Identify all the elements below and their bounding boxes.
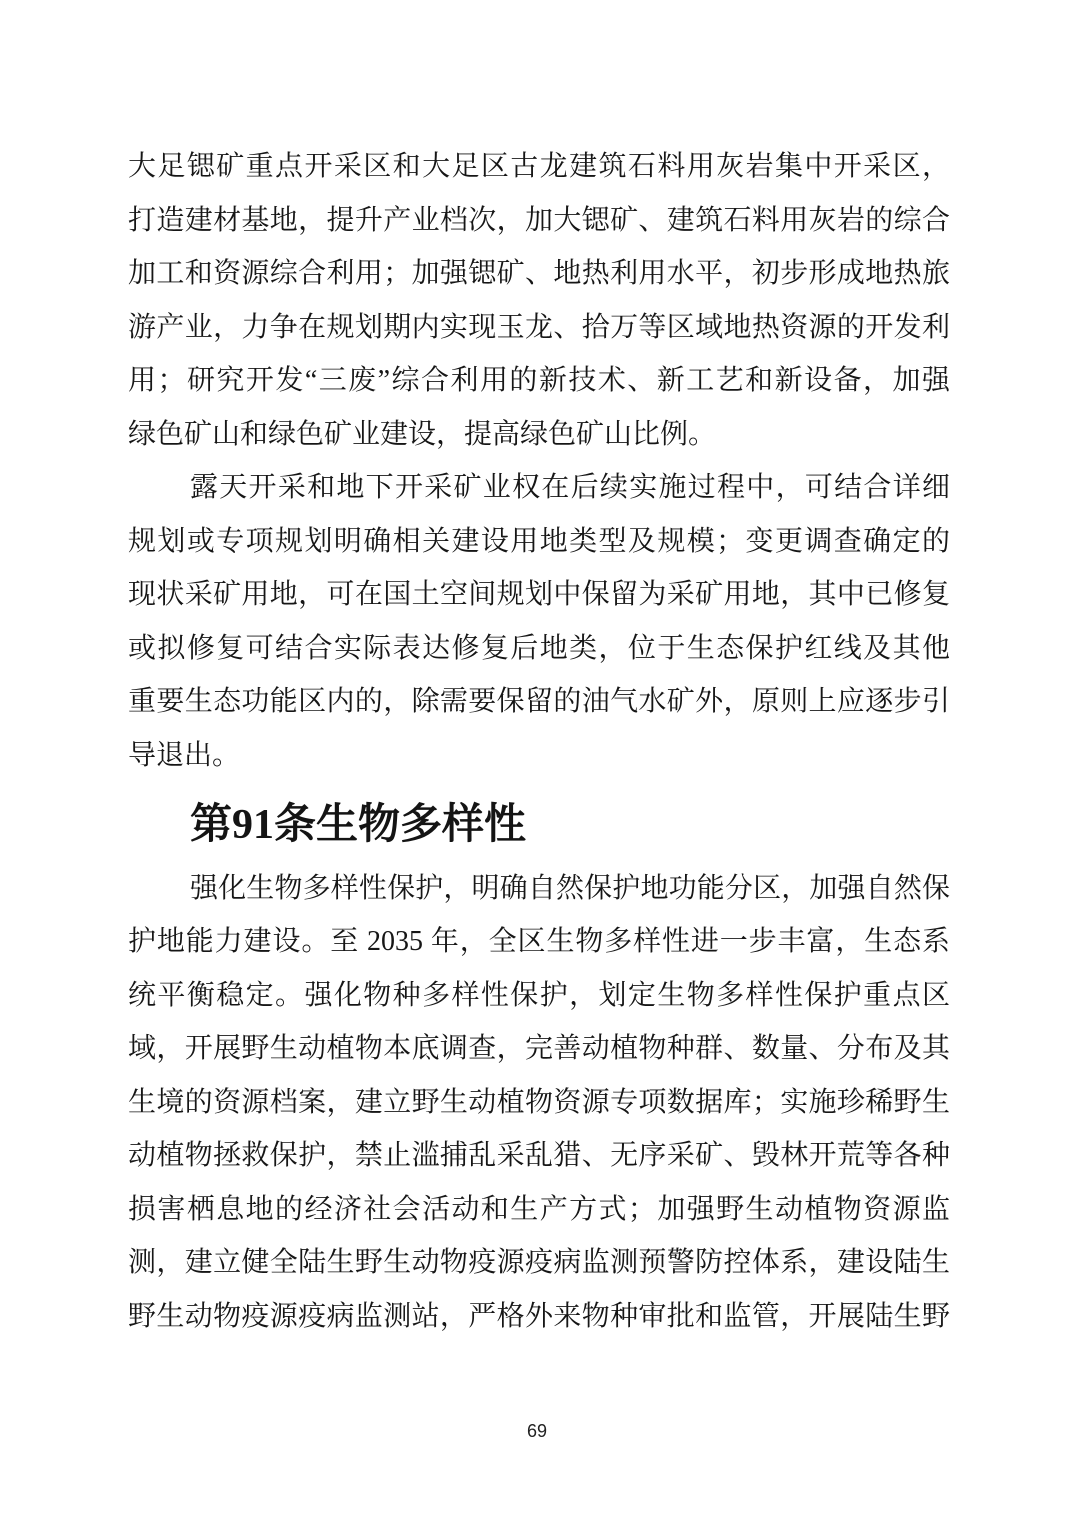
text-line: 或拟修复可结合实际表达修复后地类，位于生态保护红线及其他 xyxy=(128,622,950,676)
text-line: 重要生态功能区内的，除需要保留的油气水矿外，原则上应逐步引 xyxy=(128,675,950,729)
text-line: 强化生物多样性保护，明确自然保护地功能分区，加强自然保 xyxy=(128,862,950,916)
text-line: 绿色矿山和绿色矿业建设，提高绿色矿山比例。 xyxy=(128,408,950,462)
text-line: 护地能力建设。至 2035 年，全区生物多样性进一步丰富，生态系 xyxy=(128,915,950,969)
paragraph-mining-continued: 大足锶矿重点开采区和大足区古龙建筑石料用灰岩集中开采区， 打造建材基地，提升产业… xyxy=(128,140,950,461)
text-block: 大足锶矿重点开采区和大足区古龙建筑石料用灰岩集中开采区， 打造建材基地，提升产业… xyxy=(128,140,950,1343)
page-number: 69 xyxy=(0,1421,1074,1442)
text-line: 导退出。 xyxy=(128,729,950,783)
text-line: 露天开采和地下开采矿业权在后续实施过程中，可结合详细 xyxy=(128,461,950,515)
text-line: 游产业，力争在规划期内实现玉龙、拾万等区域地热资源的开发利 xyxy=(128,301,950,355)
text-line: 动植物拯救保护，禁止滥捕乱采乱猎、无序采矿、毁林开荒等各种 xyxy=(128,1129,950,1183)
document-page: 大足锶矿重点开采区和大足区古龙建筑石料用灰岩集中开采区， 打造建材基地，提升产业… xyxy=(0,0,1074,1520)
text-line: 域，开展野生动植物本底调查，完善动植物种群、数量、分布及其 xyxy=(128,1022,950,1076)
text-line: 生境的资源档案，建立野生动植物资源专项数据库；实施珍稀野生 xyxy=(128,1076,950,1130)
text-line: 现状采矿用地，可在国土空间规划中保留为采矿用地，其中已修复 xyxy=(128,568,950,622)
text-line: 测，建立健全陆生野生动物疫源疫病监测预警防控体系，建设陆生 xyxy=(128,1236,950,1290)
article-91-heading: 第91条生物多样性 xyxy=(128,799,950,853)
text-line: 统平衡稳定。强化物种多样性保护，划定生物多样性保护重点区 xyxy=(128,969,950,1023)
text-line: 野生动物疫源疫病监测站，严格外来物种审批和监管，开展陆生野 xyxy=(128,1290,950,1344)
text-line: 损害栖息地的经济社会活动和生产方式；加强野生动植物资源监 xyxy=(128,1183,950,1237)
paragraph-mining-rights: 露天开采和地下开采矿业权在后续实施过程中，可结合详细 规划或专项规划明确相关建设… xyxy=(128,461,950,782)
text-line: 大足锶矿重点开采区和大足区古龙建筑石料用灰岩集中开采区， xyxy=(128,140,950,194)
text-line: 用；研究开发“三废”综合利用的新技术、新工艺和新设备，加强 xyxy=(128,354,950,408)
text-line: 规划或专项规划明确相关建设用地类型及规模；变更调查确定的 xyxy=(128,515,950,569)
paragraph-biodiversity: 强化生物多样性保护，明确自然保护地功能分区，加强自然保 护地能力建设。至 203… xyxy=(128,862,950,1344)
text-line: 打造建材基地，提升产业档次，加大锶矿、建筑石料用灰岩的综合 xyxy=(128,194,950,248)
text-line: 加工和资源综合利用；加强锶矿、地热利用水平，初步形成地热旅 xyxy=(128,247,950,301)
